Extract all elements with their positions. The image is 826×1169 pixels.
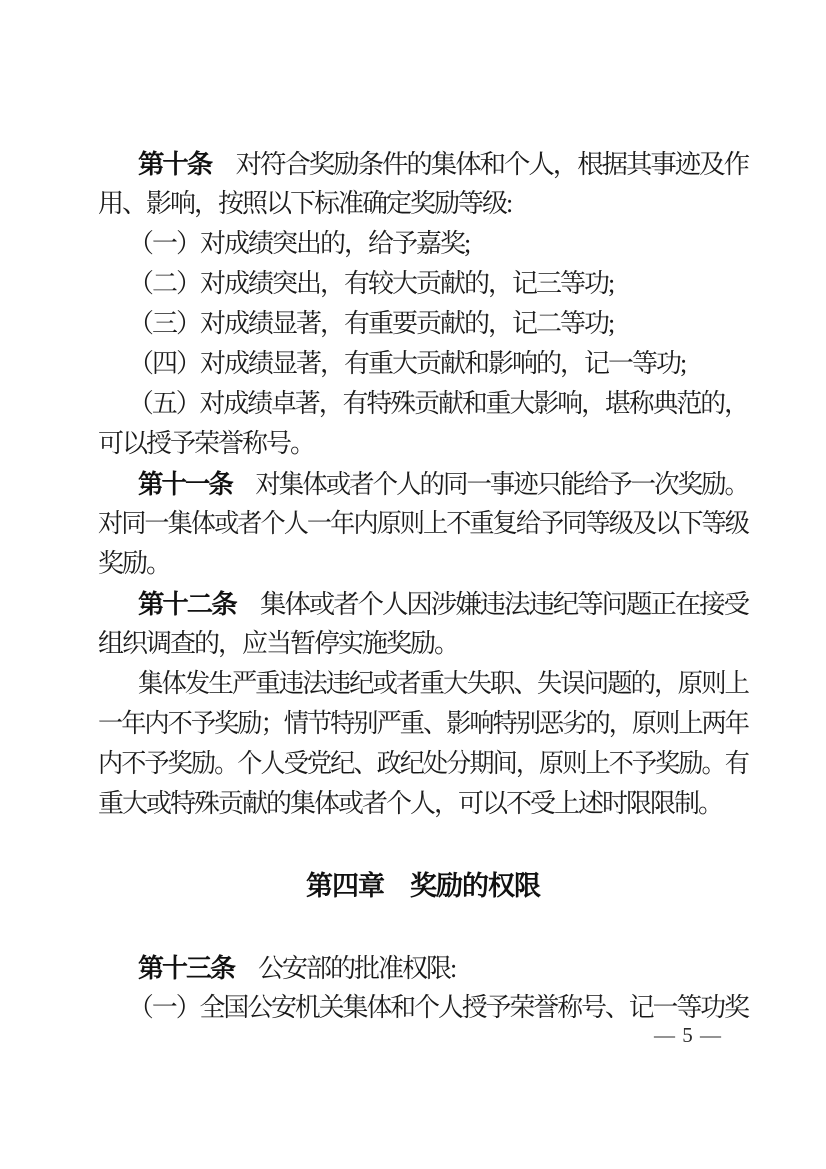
text-line: 第十条 对符合奖励条件的集体和个人，根据其事迹及作 — [98, 144, 748, 184]
body-text: 对符合奖励条件的集体和个人，根据其事迹及作 — [211, 150, 748, 179]
text-line: 内不予奖励。个人受党纪、政纪处分期间，原则上不予奖励。有 — [98, 744, 748, 784]
text-line: 对同一集体或者个人一年内原则上不重复给予同等级及以下等级 — [98, 504, 748, 544]
article-number-text: 第四章 奖励的权限 — [306, 871, 540, 901]
text-line: 集体发生严重违法违纪或者重大失职、失误问题的，原则上 — [98, 664, 748, 704]
text-runs: 可以授予荣誉称号。 — [98, 424, 314, 464]
text-runs: 一年内不予奖励；情节特别严重、影响特别恶劣的，原则上两年 — [98, 704, 748, 744]
text-runs: 奖励。 — [98, 544, 170, 584]
text-line: （五）对成绩卓著，有特殊贡献和重大影响，堪称典范的， — [98, 384, 748, 424]
body-text: 内不予奖励。个人受党纪、政纪处分期间，原则上不予奖励。有 — [98, 749, 748, 778]
body-text: 公安部的批准权限: — [234, 954, 455, 983]
text-line: 第十二条 集体或者个人因涉嫌违法违纪等问题正在接受 — [98, 584, 748, 624]
body-text: 集体或者个人因涉嫌违法违纪等问题正在接受 — [236, 590, 748, 619]
text-runs: 用、影响，按照以下标准确定奖励等级: — [98, 184, 511, 224]
text-line: 可以授予荣誉称号。 — [98, 424, 748, 464]
body-text: （二）对成绩突出，有较大贡献的，记三等功; — [128, 269, 613, 298]
body-text: 集体发生严重违法违纪或者重大失职、失误问题的，原则上 — [138, 669, 748, 698]
text-line: （一）对成绩突出的，给予嘉奖; — [98, 224, 748, 264]
text-runs: 集体发生严重违法违纪或者重大失职、失误问题的，原则上 — [138, 664, 748, 704]
article-number-text: 第十条 — [138, 149, 211, 179]
body-text: 用、影响，按照以下标准确定奖励等级: — [98, 189, 511, 218]
document-content: 第十条 对符合奖励条件的集体和个人，根据其事迹及作用、影响，按照以下标准确定奖励… — [98, 144, 748, 1028]
text-runs: （一）对成绩突出的，给予嘉奖; — [128, 224, 469, 264]
article-number-text: 第十三条 — [138, 953, 234, 983]
text-line: 组织调查的，应当暂停实施奖励。 — [98, 624, 748, 664]
text-line: 奖励。 — [98, 544, 748, 584]
text-runs: 组织调查的，应当暂停实施奖励。 — [98, 624, 458, 664]
body-text: （一）对成绩突出的，给予嘉奖; — [128, 229, 469, 258]
text-runs: （二）对成绩突出，有较大贡献的，记三等功; — [128, 264, 613, 304]
text-runs: （三）对成绩显著，有重要贡献的，记二等功; — [128, 304, 613, 344]
body-text: 对集体或者个人的同一事迹只能给予一次奖励。 — [232, 470, 748, 499]
body-text: （一）全国公安机关集体和个人授予荣誉称号、记一等功奖 — [128, 993, 748, 1022]
body-text: （三）对成绩显著，有重要贡献的，记二等功; — [128, 309, 613, 338]
document-page: 第十条 对符合奖励条件的集体和个人，根据其事迹及作用、影响，按照以下标准确定奖励… — [0, 0, 826, 1169]
body-text: 重大或特殊贡献的集体或者个人，可以不受上述时限限制。 — [98, 789, 722, 818]
text-line: 第十三条 公安部的批准权限: — [98, 948, 748, 988]
chapter-heading: 第四章 奖励的权限 — [98, 866, 748, 906]
text-runs: 第十二条 集体或者个人因涉嫌违法违纪等问题正在接受 — [138, 584, 748, 625]
text-line: （三）对成绩显著，有重要贡献的，记二等功; — [98, 304, 748, 344]
text-runs: 第十三条 公安部的批准权限: — [138, 948, 455, 989]
body-text: （四）对成绩显著，有重大贡献和影响的，记一等功; — [128, 349, 685, 378]
text-runs: 重大或特殊贡献的集体或者个人，可以不受上述时限限制。 — [98, 784, 722, 824]
page-number: — 5 — — [654, 1024, 722, 1046]
body-text: 奖励。 — [98, 549, 170, 578]
text-line: 第十一条 对集体或者个人的同一事迹只能给予一次奖励。 — [98, 464, 748, 504]
text-line: （四）对成绩显著，有重大贡献和影响的，记一等功; — [98, 344, 748, 384]
text-runs: （四）对成绩显著，有重大贡献和影响的，记一等功; — [128, 344, 685, 384]
text-line: 用、影响，按照以下标准确定奖励等级: — [98, 184, 748, 224]
text-runs: （五）对成绩卓著，有特殊贡献和重大影响，堪称典范的， — [128, 384, 748, 424]
article-number-text: 第十一条 — [138, 469, 232, 499]
body-text: 组织调查的，应当暂停实施奖励。 — [98, 629, 458, 658]
text-runs: 内不予奖励。个人受党纪、政纪处分期间，原则上不予奖励。有 — [98, 744, 748, 784]
text-runs: 对同一集体或者个人一年内原则上不重复给予同等级及以下等级 — [98, 504, 748, 544]
body-text: 一年内不予奖励；情节特别严重、影响特别恶劣的，原则上两年 — [98, 709, 748, 738]
text-line: （一）全国公安机关集体和个人授予荣誉称号、记一等功奖 — [98, 988, 748, 1028]
text-line: 一年内不予奖励；情节特别严重、影响特别恶劣的，原则上两年 — [98, 704, 748, 744]
text-runs: （一）全国公安机关集体和个人授予荣誉称号、记一等功奖 — [128, 988, 748, 1028]
body-text: 可以授予荣誉称号。 — [98, 429, 314, 458]
article-number-text: 第十二条 — [138, 589, 236, 619]
body-text: （五）对成绩卓著，有特殊贡献和重大影响，堪称典范的， — [128, 389, 748, 418]
text-line: （二）对成绩突出，有较大贡献的，记三等功; — [98, 264, 748, 304]
text-runs: 第四章 奖励的权限 — [306, 866, 540, 906]
text-line: 重大或特殊贡献的集体或者个人，可以不受上述时限限制。 — [98, 784, 748, 824]
text-runs: 第十条 对符合奖励条件的集体和个人，根据其事迹及作 — [138, 144, 748, 185]
text-runs: 第十一条 对集体或者个人的同一事迹只能给予一次奖励。 — [138, 464, 748, 505]
body-text: 对同一集体或者个人一年内原则上不重复给予同等级及以下等级 — [98, 509, 748, 538]
